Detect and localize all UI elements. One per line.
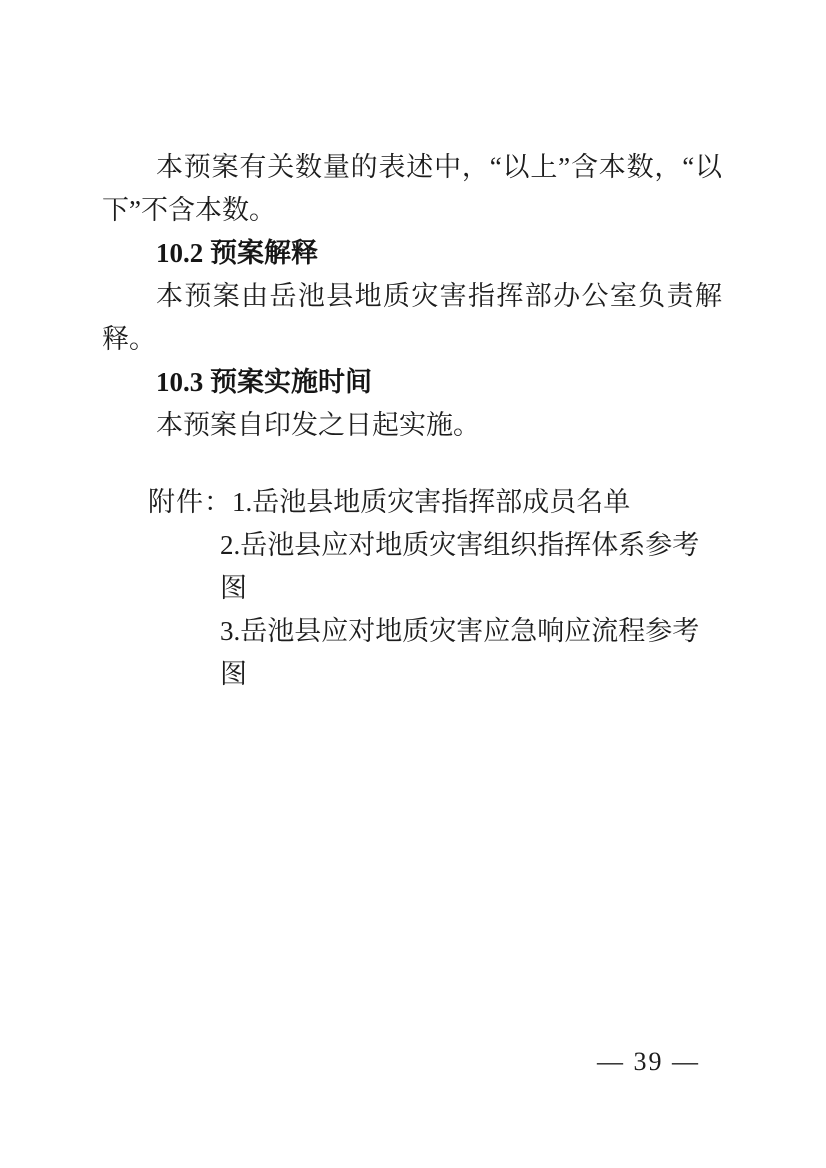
attachments-block: 附件：1.岳池县地质灾害指挥部成员名单 2.岳池县应对地质灾害组织指挥体系参考图…	[102, 481, 722, 696]
document-page: 本预案有关数量的表述中，“以上”含本数，“以下”不含本数。 10.2 预案解释 …	[0, 0, 826, 1168]
attachment-line-1: 附件：1.岳池县地质灾害指挥部成员名单	[102, 481, 722, 524]
page-content: 本预案有关数量的表述中，“以上”含本数，“以下”不含本数。 10.2 预案解释 …	[102, 146, 722, 696]
attachment-item-1: 1.岳池县地质灾害指挥部成员名单	[232, 487, 630, 517]
attachment-item-2: 2.岳池县应对地质灾害组织指挥体系参考图	[102, 524, 722, 610]
attachment-item-3: 3.岳池县应对地质灾害应急响应流程参考图	[102, 610, 722, 696]
section-heading-10-3: 10.3 预案实施时间	[102, 361, 722, 404]
page-number: — 39 —	[597, 1046, 700, 1078]
paragraph-quantity-note: 本预案有关数量的表述中，“以上”含本数，“以下”不含本数。	[102, 146, 722, 232]
section-body-10-2: 本预案由岳池县地质灾害指挥部办公室负责解释。	[102, 275, 722, 361]
section-body-10-3: 本预案自印发之日起实施。	[102, 404, 722, 447]
section-heading-10-2: 10.2 预案解释	[102, 232, 722, 275]
attachments-label: 附件：	[148, 487, 232, 517]
